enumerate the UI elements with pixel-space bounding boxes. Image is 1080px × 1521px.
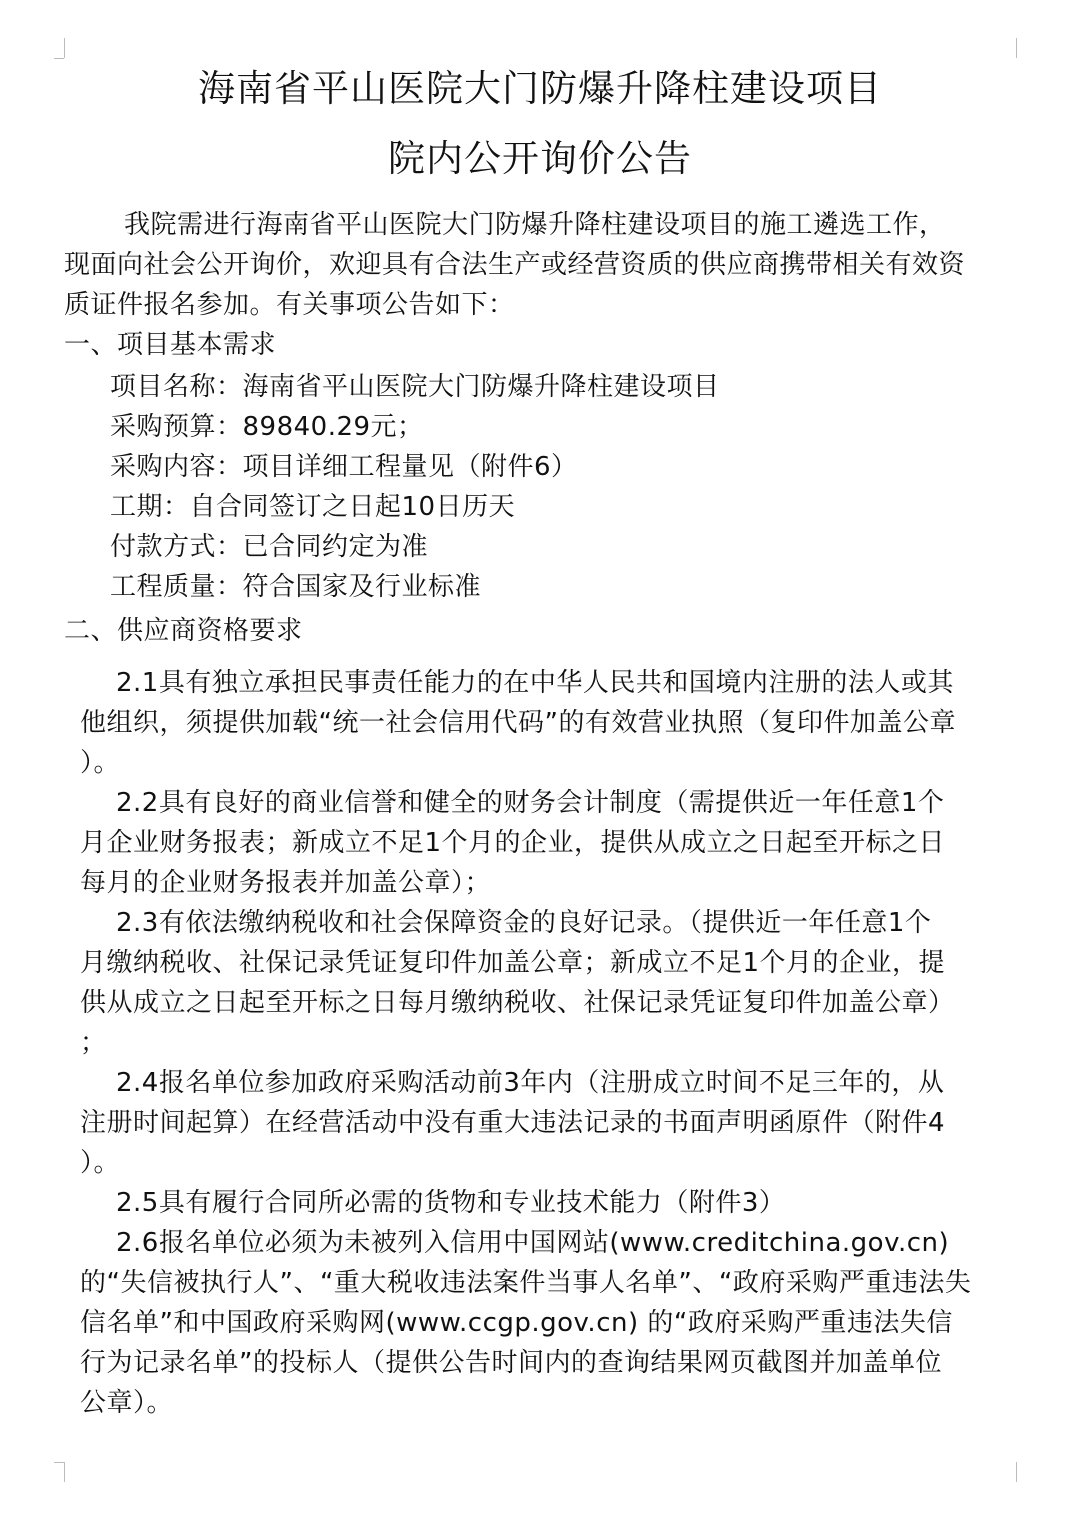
crop-mark-tl xyxy=(64,38,65,58)
procurement-content: 采购内容：项目详细工程量见（附件6） xyxy=(110,446,578,483)
req-2-1-line2: 他组织，须提供加载“统一社会信用代码”的有效营业执照（复印件加盖公章 xyxy=(80,702,956,739)
req-2-6-line1: 2.6报名单位必须为未被列入信用中国网站(www.creditchina.gov… xyxy=(116,1222,949,1259)
crop-mark-tr xyxy=(1016,38,1017,58)
intro-line-3: 质证件报名参加。有关事项公告如下： xyxy=(64,284,515,321)
crop-mark-bl-h xyxy=(54,1462,64,1463)
document-subtitle: 院内公开询价公告 xyxy=(0,128,1080,182)
req-2-5: 2.5具有履行合同所必需的货物和专业技术能力（附件3） xyxy=(116,1182,785,1219)
req-2-3-line4: ； xyxy=(80,1022,107,1059)
req-2-2-line1: 2.2具有良好的商业信誉和健全的财务会计制度（需提供近一年任意1个 xyxy=(116,782,944,819)
req-2-1-line1: 2.1具有独立承担民事责任能力的在中华人民共和国境内注册的法人或其 xyxy=(116,662,954,699)
document-title: 海南省平山医院大门防爆升降柱建设项目 xyxy=(0,58,1080,112)
req-2-2-line2: 月企业财务报表；新成立不足1个月的企业，提供从成立之日起至开标之日 xyxy=(80,822,945,859)
procurement-budget: 采购预算：89840.29元； xyxy=(110,406,424,443)
req-2-3-line1: 2.3有依法缴纳税收和社会保障资金的良好记录。（提供近一年任意1个 xyxy=(116,902,931,939)
req-2-2-line3: 每月的企业财务报表并加盖公章）； xyxy=(80,862,491,899)
req-2-3-line2: 月缴纳税收、社保记录凭证复印件加盖公章；新成立不足1个月的企业，提 xyxy=(80,942,945,979)
crop-mark-br xyxy=(1016,1462,1017,1482)
intro-line-1: 我院需进行海南省平山医院大门防爆升降柱建设项目的施工遴选工作， xyxy=(124,204,946,241)
req-2-6-line4: 行为记录名单”的投标人（提供公告时间内的查询结果网页截图并加盖单位 xyxy=(80,1342,942,1379)
req-2-6-line5: 公章）。 xyxy=(80,1382,173,1419)
req-2-6-line3: 信名单”和中国政府采购网(www.ccgp.gov.cn) 的“政府采购严重违法… xyxy=(80,1302,953,1339)
req-2-3-line3: 供从成立之日起至开标之日每月缴纳税收、社保记录凭证复印件加盖公章） xyxy=(80,982,955,1019)
section1-heading: 一、项目基本需求 xyxy=(64,324,276,361)
construction-period: 工期：自合同签订之日起10日历天 xyxy=(110,486,515,523)
req-2-4-line2: 注册时间起算）在经营活动中没有重大违法记录的书面声明函原件（附件4 xyxy=(80,1102,945,1139)
payment-method: 付款方式：已合同约定为准 xyxy=(110,526,428,563)
req-2-1-line3: ）。 xyxy=(80,742,120,779)
req-2-6-line2: 的“失信被执行人”、“重大税收违法案件当事人名单”、“政府采购严重违法失 xyxy=(80,1262,971,1299)
engineering-quality: 工程质量：符合国家及行业标准 xyxy=(110,566,481,603)
intro-line-2: 现面向社会公开询价，欢迎具有合法生产或经营资质的供应商携带相关有效资 xyxy=(64,244,965,281)
req-2-4-line3: ）。 xyxy=(80,1142,120,1179)
req-2-4-line1: 2.4报名单位参加政府采购活动前3年内（注册成立时间不足三年的，从 xyxy=(116,1062,944,1099)
section2-heading: 二、供应商资格要求 xyxy=(64,610,303,647)
project-name: 项目名称：海南省平山医院大门防爆升降柱建设项目 xyxy=(110,366,720,403)
crop-mark-bl xyxy=(64,1462,65,1482)
